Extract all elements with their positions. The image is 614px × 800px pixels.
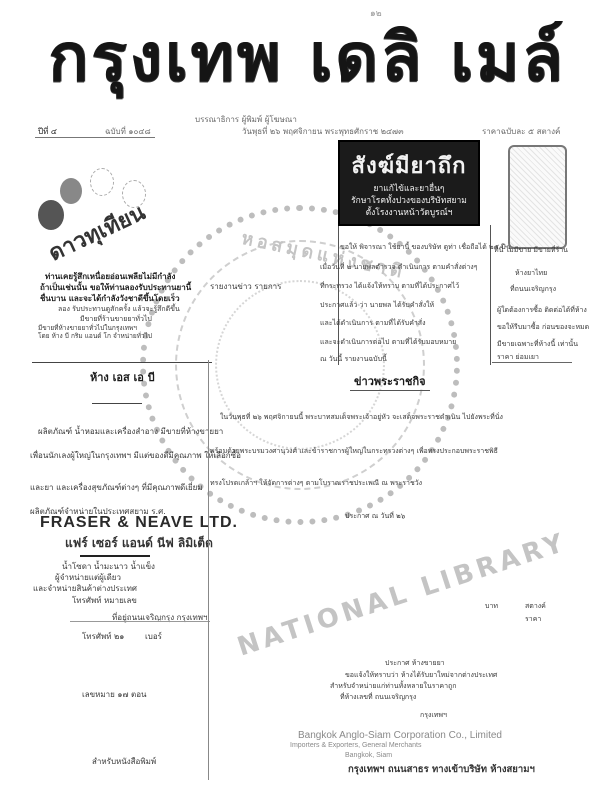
center-col-b-line: ณ วันนี้ รายงานฉบับนี้ bbox=[320, 354, 387, 365]
fraser-neave-thai: แฟร์ เซอร์ แอนด์ นีฟ ลิมิเต็ด bbox=[65, 534, 213, 553]
left-footer-line: เลขหมาย ๑๗ ตอน bbox=[82, 688, 146, 701]
right-col-line: มีขายเฉพาะที่ห้างนี้ เท่านั้น bbox=[497, 339, 578, 350]
date-label: วันพุธที่ ๒๖ พฤศจิกายน พระพุทธศักราช ๒๔๗… bbox=[242, 125, 404, 138]
promo-line: ตั้งโรงงานหน้าวัดบูรณ์ฯ bbox=[340, 207, 478, 219]
notice-line: ขอแจ้งให้ทราบว่า ห้างได้รับยาใหม่จากต่าง… bbox=[345, 670, 497, 681]
right-col-line: ขอให้รีบมาซื้อ ก่อนของจะหมด bbox=[497, 322, 589, 333]
shop-heading-rule bbox=[92, 403, 142, 404]
section-line: พร้อมด้วยพระบรมวงศานุวงศ์ และข้าราชการผู… bbox=[210, 446, 498, 457]
shop-line: ผลิตภัณฑ์ น้ำหอมและเครื่องสำอาง มีขายที่… bbox=[38, 425, 223, 438]
left-footer-line: สำหรับหนังสือพิมพ์ bbox=[92, 755, 156, 768]
right-col-line: ที่นี่ ไม่มีขาย มีขายที่ร้าน bbox=[494, 245, 568, 256]
section-heading: ข่าวพระราชกิจ bbox=[350, 372, 430, 391]
shop-line: และยา และเครื่องสุขภัณฑ์ต่างๆ ที่มีคุณภา… bbox=[30, 481, 203, 494]
column-rule-left bbox=[208, 360, 209, 780]
corner-mark: ๑๒ bbox=[370, 6, 382, 20]
notice-line: สำหรับจำหน่ายแก่ท่านทั้งหลายในราคาถูก bbox=[330, 681, 457, 692]
right-col-rule bbox=[492, 362, 572, 363]
center-col-b-line: ประกาศแล้ว ว่า นายพล ได้รับคำสั่งให้ bbox=[320, 300, 434, 311]
right-col-line: ผู้ใดต้องการซื้อ ติดต่อได้ที่ห้าง bbox=[497, 305, 587, 316]
section-line: ประกาศ ณ วันที่ ๒๖ bbox=[345, 511, 405, 522]
ad-illustration-face-1 bbox=[38, 200, 64, 230]
english-footer-line: Bangkok, Siam bbox=[345, 752, 392, 759]
list-item: บาท bbox=[485, 601, 498, 612]
fraser-phone-tail: เบอร์ bbox=[145, 630, 162, 643]
english-footer-line: Importers & Exporters, General Merchants bbox=[290, 742, 422, 749]
fraser-bottom-rule bbox=[70, 621, 210, 622]
fraser-phone-label: โทรศัพท์ ๒๑ bbox=[82, 630, 124, 643]
notice-line: กรุงเทพฯ bbox=[420, 710, 447, 721]
promo-line: ยาแก้ไข้และยาอื่นๆ bbox=[340, 183, 478, 195]
ad-illustration-face-3 bbox=[90, 168, 114, 196]
price-label: ราคาฉบับละ ๕ สตางค์ bbox=[482, 125, 560, 138]
thai-footer-line: กรุงเทพฯ ถนนสาธร ทางเข้าบริษัท ห้างสยามฯ bbox=[348, 762, 535, 777]
list-item: สตางค์ bbox=[525, 601, 546, 612]
fraser-line: ที่อยู่ถนนเจริญกรุง กรุงเทพฯ bbox=[112, 611, 208, 624]
center-col-b-line: ที่กระทรวง ได้แจ้งให้ทราบ ตามที่ได้ประกา… bbox=[320, 281, 459, 292]
ad-illustration-face-2 bbox=[60, 178, 82, 204]
center-col-a-line: รายงานข่าว รายการ bbox=[210, 280, 281, 293]
stamp-bottom-text: NATIONAL LIBRARY bbox=[234, 528, 571, 663]
right-col-line: ห้างยาไทย bbox=[515, 268, 547, 279]
ad-fineprint-line: โดย ห้าง บี กริม แอนด์ โก จำหน่ายทั่วไป bbox=[38, 331, 152, 341]
center-col-b-line: เมื่อวันที่ ๒ นายพลตำรวจ ดำเนินการ ตามคำ… bbox=[320, 262, 477, 273]
english-footer-line: Bangkok Anglo-Siam Corporation Co., Limi… bbox=[298, 730, 502, 741]
shop-heading: ห้าง เอส เอ บี bbox=[90, 368, 155, 386]
list-item: ราคา bbox=[525, 614, 541, 625]
fraser-rule bbox=[80, 555, 150, 557]
notice-line: ที่ห้างเลขที่ ถนนเจริญกรุง bbox=[340, 692, 416, 703]
center-col-b-line: และจะดำเนินการต่อไป ตามที่ได้รับมอบหมาย bbox=[320, 337, 456, 348]
subheader-rule bbox=[35, 137, 155, 138]
section-line: ทรงโปรดเกล้าฯ ให้จัดการต่างๆ ตามโบราณราช… bbox=[210, 478, 422, 489]
masthead-title: กรุงเทพ เดลิ เมล์ bbox=[0, 18, 614, 98]
promo-box: สังฆ์มียาถึก ยาแก้ไข้และยาอื่นๆ รักษาโรค… bbox=[338, 140, 480, 226]
notice-line: ประกาศ ห้างขายยา bbox=[385, 658, 445, 669]
section-line: ในวันพุธที่ ๒๖ พฤศจิกายนนี้ พระบาทสมเด็จ… bbox=[220, 412, 503, 423]
right-col-line: ที่ถนนเจริญกรุง bbox=[510, 284, 556, 295]
left-divider bbox=[32, 362, 212, 363]
promo-line: รักษาโรคทั้งปวงของบริษัทสยาม bbox=[340, 195, 478, 207]
center-col-b-line: และได้ดำเนินการ ตามที่ได้รับคำสั่ง bbox=[320, 318, 426, 329]
fraser-line: โทรศัพท์ หมายเลข bbox=[72, 594, 137, 607]
ad-illustration-box bbox=[508, 145, 567, 249]
promo-title: สังฆ์มียาถึก bbox=[340, 148, 478, 183]
